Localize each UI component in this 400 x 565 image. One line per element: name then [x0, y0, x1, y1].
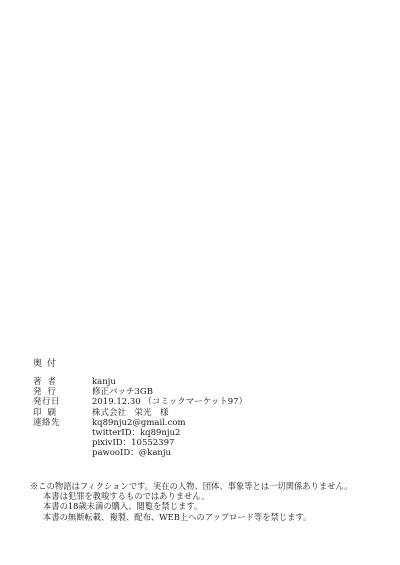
publish-date-value: 2019.12.30 （コミックマーケット97）	[92, 397, 373, 407]
contact-spacer	[33, 448, 92, 458]
colophon-heading: 奥付	[33, 358, 373, 370]
colophon-row-printer: 印刷 株式会社 栄光 様	[33, 408, 373, 418]
contact-pawoo-value: pawooID：@kanju	[92, 448, 373, 458]
contact-pixiv-value: pixivID：10552397	[92, 438, 373, 448]
author-label: 著者	[33, 377, 92, 387]
colophon-row-publisher: 発行 修正パッチ3GB	[33, 387, 373, 397]
colophon-row-contact-twitter: twitterID：kq89nju2	[33, 428, 373, 438]
publisher-label: 発行	[33, 387, 92, 397]
disclaimer-fiction: ※この物語はフィクションです。実在の人物、団体、事象等とは一切関係ありません。	[30, 481, 390, 491]
colophon-row-contact-pawoo: pawooID：@kanju	[33, 448, 373, 458]
colophon-page: 奥付 著者 kanju 発行 修正パッチ3GB 発行日 2019.12.30 （…	[0, 0, 400, 565]
contact-email-value: kq89nju2@gmail.com	[92, 418, 373, 428]
author-value: kanju	[92, 377, 373, 387]
colophon-row-contact-email: 連絡先 kq89nju2@gmail.com	[33, 418, 373, 428]
printer-value: 株式会社 栄光 様	[92, 408, 373, 418]
printer-label: 印刷	[33, 408, 92, 418]
disclaimer-notes: ※この物語はフィクションです。実在の人物、団体、事象等とは一切関係ありません。 …	[30, 481, 390, 522]
contact-spacer	[33, 438, 92, 448]
disclaimer-crime: 本書は犯罪を教唆するものではありません。	[30, 491, 390, 501]
colophon-row-contact-pixiv: pixivID：10552397	[33, 438, 373, 448]
colophon-row-author: 著者 kanju	[33, 377, 373, 387]
colophon-block: 奥付 著者 kanju 発行 修正パッチ3GB 発行日 2019.12.30 （…	[33, 358, 373, 459]
publish-date-label: 発行日	[33, 397, 92, 407]
contact-spacer	[33, 428, 92, 438]
contact-twitter-value: twitterID：kq89nju2	[92, 428, 373, 438]
disclaimer-age: 本書の18歳未満の購入、閲覧を禁じます。	[30, 501, 390, 511]
colophon-row-publish-date: 発行日 2019.12.30 （コミックマーケット97）	[33, 397, 373, 407]
contact-label: 連絡先	[33, 418, 92, 428]
disclaimer-reproduction: 本書の無断転載、複製、配布、WEB上へのアップロード等を禁じます。	[30, 512, 390, 522]
publisher-value: 修正パッチ3GB	[92, 387, 373, 397]
